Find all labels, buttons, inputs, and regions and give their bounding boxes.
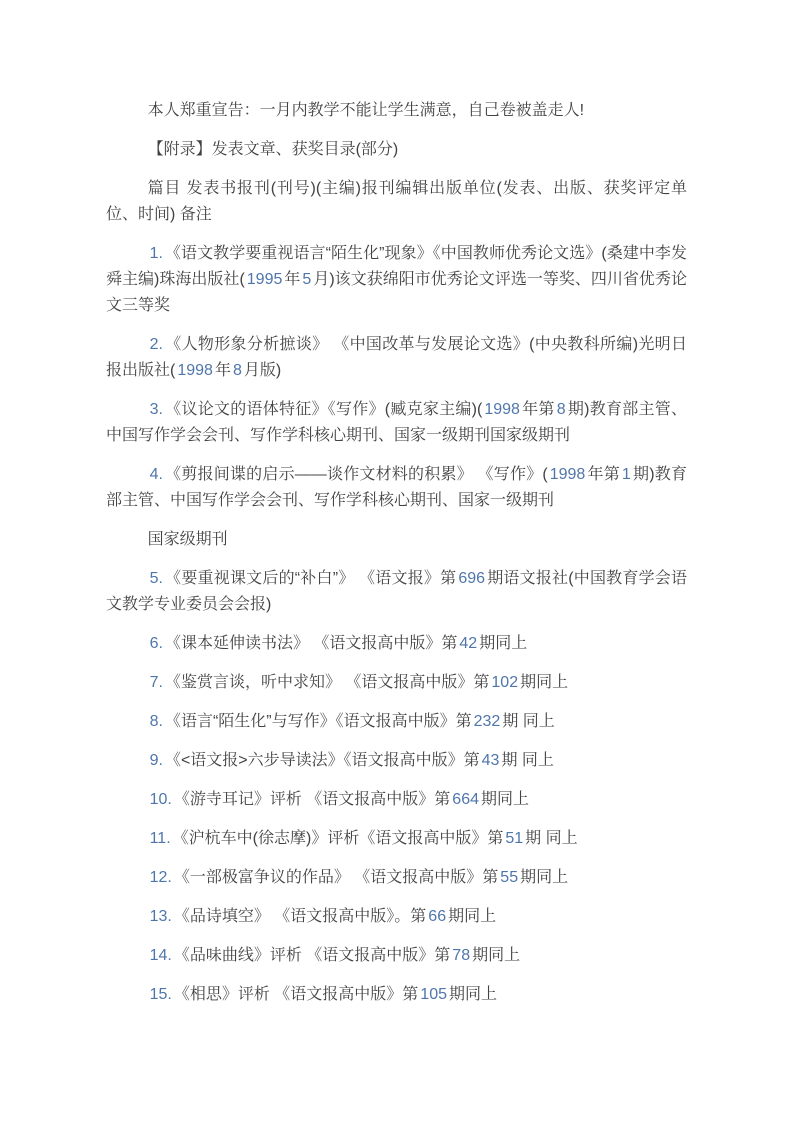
number-text: 78: [450, 947, 472, 964]
number-text: 696: [456, 570, 487, 587]
catalog-entry: 13.《品诗填空》 《语文报高中版》。第66期同上: [106, 904, 687, 930]
number-text: 66: [426, 908, 448, 925]
number-text: 7.: [148, 674, 165, 691]
number-text: 9.: [148, 752, 165, 769]
catalog-column-header: 篇目 发表书报刊(刊号)(主编)报刊编辑出版单位(发表、出版、获奖评定单位、时间…: [106, 176, 687, 228]
catalog-entry: 11.《沪杭车中(徐志摩)》评析《语文报高中版》第51期 同上: [106, 826, 687, 852]
document-body: 本人郑重宣告：一月内教学不能让学生满意，自己卷被盖走人! 【附录】发表文章、获奖…: [106, 98, 687, 1008]
number-text: 1: [620, 466, 633, 483]
number-text: 2.: [148, 336, 165, 353]
catalog-entry: 1.《语文教学要重视语言“陌生化”现象》《中国教师优秀论文选》(桑建中李发舜主编…: [106, 241, 687, 319]
number-text: 105: [418, 986, 449, 1003]
number-text: 102: [489, 674, 520, 691]
catalog-entry: 15.《相思》评析 《语文报高中版》第105期同上: [106, 982, 687, 1008]
number-text: 42: [457, 635, 479, 652]
catalog-entry: 5.《要重视课文后的“补白”》 《语文报》第696期语文报社(中国教育学会语文教…: [106, 566, 687, 618]
catalog-entry: 9.《<语文报>六步导读法》《语文报高中版》第43期 同上: [106, 748, 687, 774]
appendix-heading: 【附录】发表文章、获奖目录(部分): [106, 137, 687, 163]
number-text: 5: [300, 271, 313, 288]
catalog-entry: 6.《课本延伸读书法》 《语文报高中版》第42期同上: [106, 631, 687, 657]
catalog-entry: 10.《游寺耳记》评析 《语文报高中版》第664期同上: [106, 787, 687, 813]
catalog-entry: 2.《人物形象分析摭谈》 《中国改革与发展论文选》(中央教科所编)光明日报出版社…: [106, 332, 687, 384]
number-text: 8: [555, 401, 568, 418]
catalog-entry: 4.《剪报间谍的启示——谈作文材料的积累》 《写作》(1998年第1期)教育部主…: [106, 462, 687, 514]
number-text: 1998: [482, 401, 522, 418]
number-text: 14.: [148, 947, 174, 964]
number-text: 43: [480, 752, 502, 769]
number-text: 3.: [148, 401, 165, 418]
number-text: 1998: [548, 466, 588, 483]
number-text: 1.: [148, 245, 165, 262]
number-text: 4.: [148, 466, 165, 483]
catalog-entry: 3.《议论文的语体特征》《写作》(臧克家主编)(1998年第8期)教育部主管、中…: [106, 397, 687, 449]
number-text: 10.: [148, 791, 174, 808]
number-text: 15.: [148, 986, 174, 1003]
catalog-entry: 8.《语言“陌生化”与写作》《语文报高中版》第232期 同上: [106, 709, 687, 735]
number-text: 11.: [148, 830, 173, 847]
declaration-paragraph: 本人郑重宣告：一月内教学不能让学生满意，自己卷被盖走人!: [106, 98, 687, 124]
number-text: 8: [231, 362, 244, 379]
number-text: 232: [472, 713, 503, 730]
number-text: 6.: [148, 635, 165, 652]
catalog-entry-continuation: 国家级期刊: [106, 527, 687, 553]
number-text: 55: [498, 869, 520, 886]
number-text: 5.: [148, 570, 165, 587]
number-text: 1998: [175, 362, 215, 379]
number-text: 13.: [148, 908, 174, 925]
catalog-entry: 14.《品味曲线》评析 《语文报高中版》第78期同上: [106, 943, 687, 969]
catalog-entry: 7.《鉴赏言谈，听中求知》 《语文报高中版》第102期同上: [106, 670, 687, 696]
document-page: 本人郑重宣告：一月内教学不能让学生满意，自己卷被盖走人! 【附录】发表文章、获奖…: [0, 0, 793, 1122]
number-text: 51: [503, 830, 525, 847]
number-text: 8.: [148, 713, 165, 730]
number-text: 1995: [245, 271, 285, 288]
number-text: 664: [450, 791, 481, 808]
number-text: 12.: [148, 869, 174, 886]
catalog-entry: 12.《一部极富争议的作品》 《语文报高中版》第55期同上: [106, 865, 687, 891]
